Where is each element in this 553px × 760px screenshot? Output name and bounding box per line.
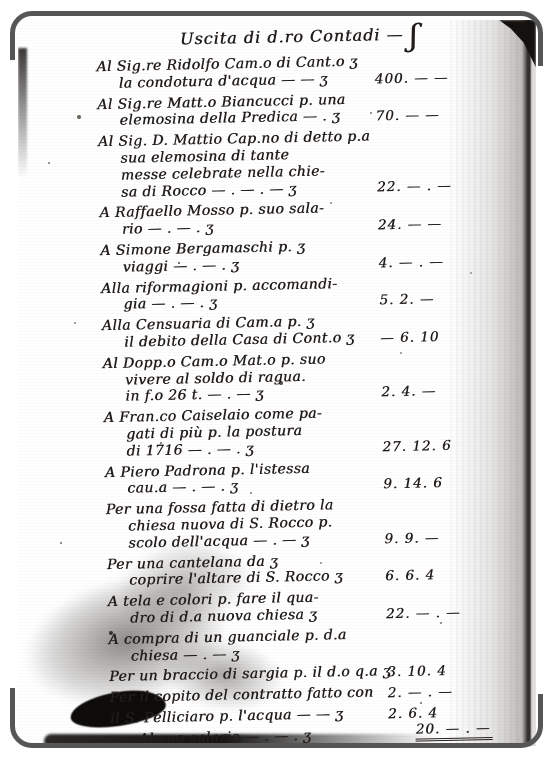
scan-frame-border (10, 11, 543, 748)
frame-gap-left (2, 60, 17, 688)
scanned-manuscript-page: Uscita di d.ro Contadi —ʃ Al Sig.re Rido… (0, 0, 553, 760)
frame-gap-right (536, 66, 551, 694)
